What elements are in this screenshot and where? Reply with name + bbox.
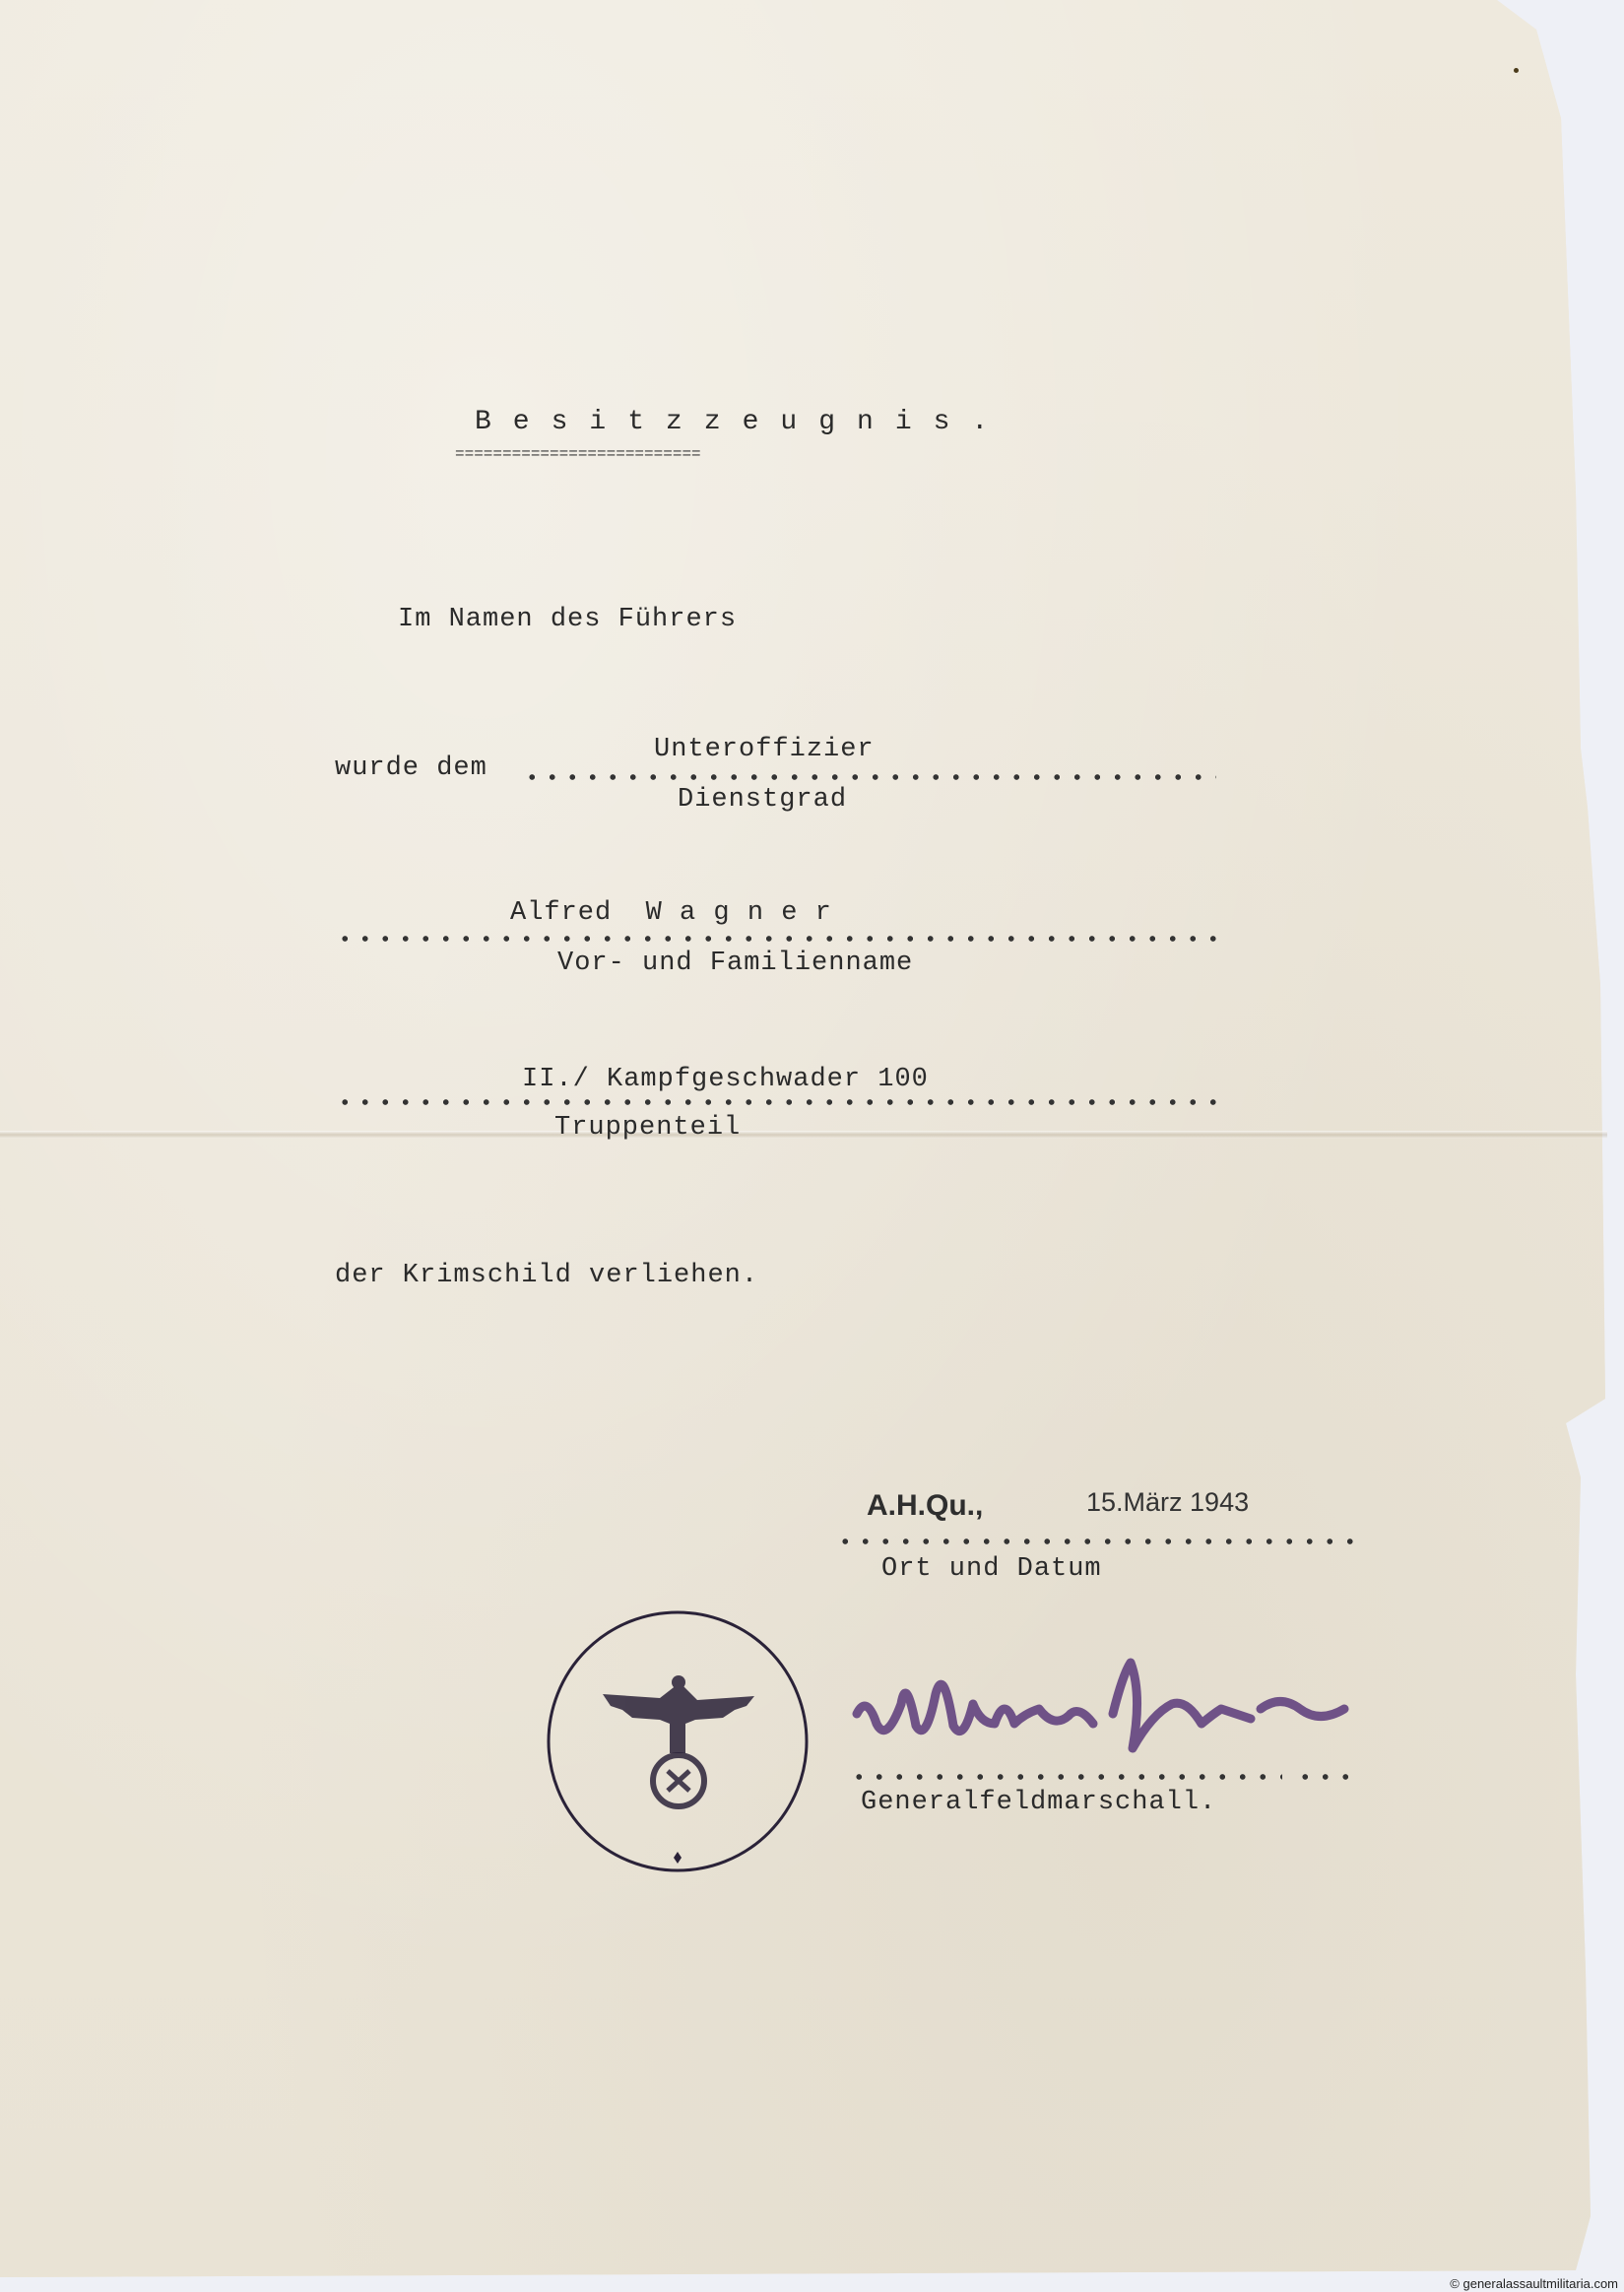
unit-dotted-line <box>335 1099 1216 1105</box>
place-date-dotted-line <box>835 1539 1362 1544</box>
rank-prefix: wurde dem <box>335 753 487 783</box>
handwritten-signature-icon <box>847 1655 1349 1763</box>
rank-value: Unteroffizier <box>654 735 875 764</box>
name-value: Alfred W a g n e r <box>510 898 832 928</box>
place-stamp: A.H.Qu., <box>867 1489 983 1523</box>
unit-label: Truppenteil <box>554 1113 741 1143</box>
intro-text: Im Namen des Führers <box>398 605 737 634</box>
name-dotted-line <box>335 936 1216 942</box>
award-statement: der Krimschild verliehen. <box>335 1261 758 1290</box>
rank-dotted-line <box>522 774 1216 780</box>
document-paper <box>0 0 1607 2277</box>
title-underline: ========================== <box>455 445 701 463</box>
signature-dotted-line <box>849 1774 1282 1780</box>
name-label: Vor- und Familienname <box>557 949 913 978</box>
fold-crease <box>0 1131 1607 1139</box>
watermark: © generalassaultmilitaria.com <box>1450 2276 1618 2291</box>
place-date-label: Ort und Datum <box>881 1554 1102 1584</box>
eagle-swastika-seal-icon <box>544 1607 812 1875</box>
unit-value: II./ Kampfgeschwader 100 <box>522 1065 929 1094</box>
paper-spot <box>1514 68 1519 73</box>
date-stamp: 15.März 1943 <box>1086 1487 1249 1518</box>
document-title: Besitzzeugnis. <box>475 407 1009 437</box>
rank-label: Dienstgrad <box>678 785 847 815</box>
signatory-title: Generalfeldmarschall. <box>861 1788 1216 1817</box>
signature-dotted-line-end <box>1295 1774 1356 1780</box>
